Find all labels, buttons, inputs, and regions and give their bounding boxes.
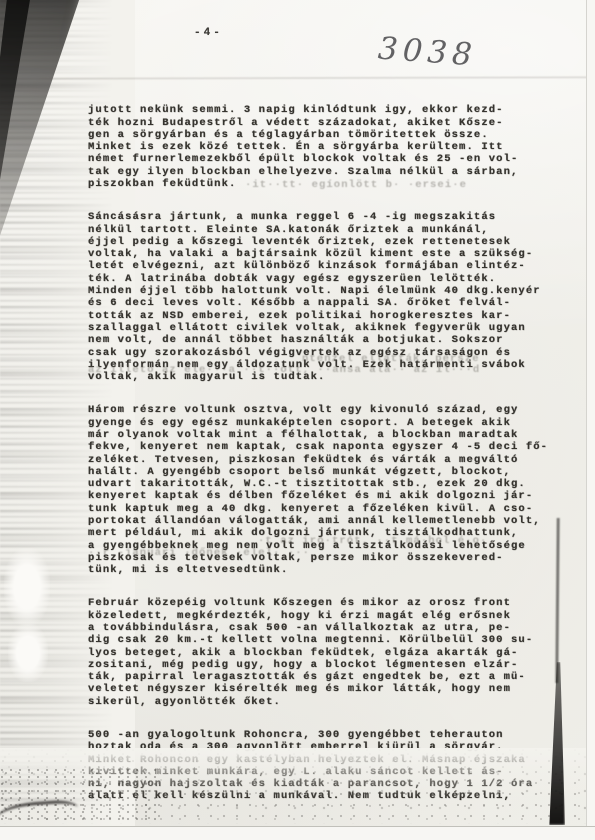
scanner-margin-bottom	[0, 826, 595, 840]
paragraph-4: Február közepéig voltunk Kőszegen és mik…	[88, 597, 562, 708]
paragraph-1: jutott nekünk semmi. 3 napig kinlódtunk …	[88, 104, 562, 190]
document-body-text: jutott nekünk semmi. 3 napig kinlódtunk …	[88, 92, 562, 824]
page-number: -4-	[194, 27, 223, 39]
ghost-text-fragment: ·t az iró·trót, ··t má·hol é·o·	[258, 535, 487, 547]
white-blot-left-lower	[8, 624, 48, 682]
white-blot-left-upper	[4, 548, 50, 626]
ghost-text-fragment: ·it··tt· egíonlött b· ·ersei·e	[245, 179, 467, 191]
scanner-margin-right	[586, 0, 595, 840]
handwritten-number: 3038	[377, 31, 478, 74]
ghost-text-fragment: ··r -januári ·dőnek ·elel· ···	[88, 547, 310, 559]
ghost-text-fragment: az illető az éle···a ··t··ott, ··ansa al…	[88, 364, 480, 376]
